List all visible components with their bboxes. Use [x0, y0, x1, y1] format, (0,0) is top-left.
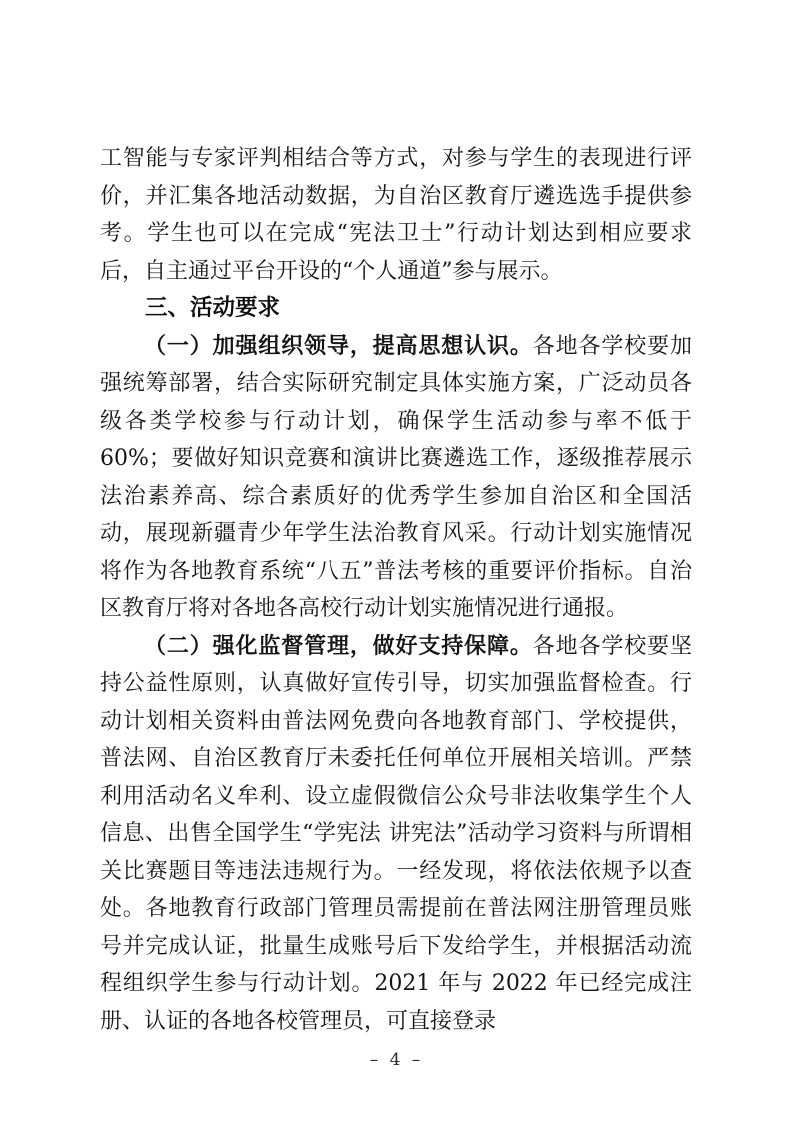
paragraph-item-1: （一）加强组织领导，提高思想认识。各地各学校要加强统筹部署，结合实际研究制定具体… — [100, 328, 692, 628]
document-body: 工智能与专家评判相结合等方式，对参与学生的表现进行评价，并汇集各地活动数据，为自… — [100, 140, 692, 1040]
paragraph-item-2: （二）强化监督管理，做好支持保障。各地各学校要坚持公益性原则，认真做好宣传引导，… — [100, 628, 692, 1041]
item-1-lead: （一）加强组织领导，提高思想认识。 — [144, 333, 533, 359]
document-page: 工智能与专家评判相结合等方式，对参与学生的表现进行评价，并汇集各地活动数据，为自… — [0, 0, 793, 1122]
page-number: – 4 – — [0, 1048, 793, 1072]
paragraph-continued: 工智能与专家评判相结合等方式，对参与学生的表现进行评价，并汇集各地活动数据，为自… — [100, 140, 692, 290]
item-1-body: 各地各学校要加强统筹部署，结合实际研究制定具体实施方案，广泛动员各级各类学校参与… — [100, 334, 692, 622]
item-2-lead: （二）强化监督管理，做好支持保障。 — [144, 633, 533, 659]
item-2-body: 各地各学校要坚持公益性原则，认真做好宣传引导，切实加强监督检查。行动计划相关资料… — [100, 634, 692, 1034]
section-heading-activity-requirements: 三、活动要求 — [100, 290, 692, 328]
